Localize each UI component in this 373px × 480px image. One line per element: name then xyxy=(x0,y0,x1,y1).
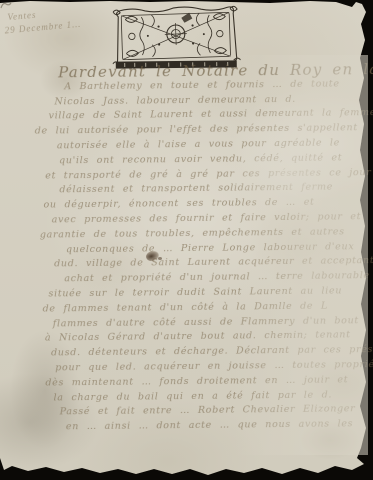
paper-light-area xyxy=(225,135,345,215)
ink-speck xyxy=(158,257,162,260)
paper-light-area xyxy=(235,55,368,455)
manuscript-photo: Ventes 29 Decembre 1… xyxy=(0,0,373,480)
